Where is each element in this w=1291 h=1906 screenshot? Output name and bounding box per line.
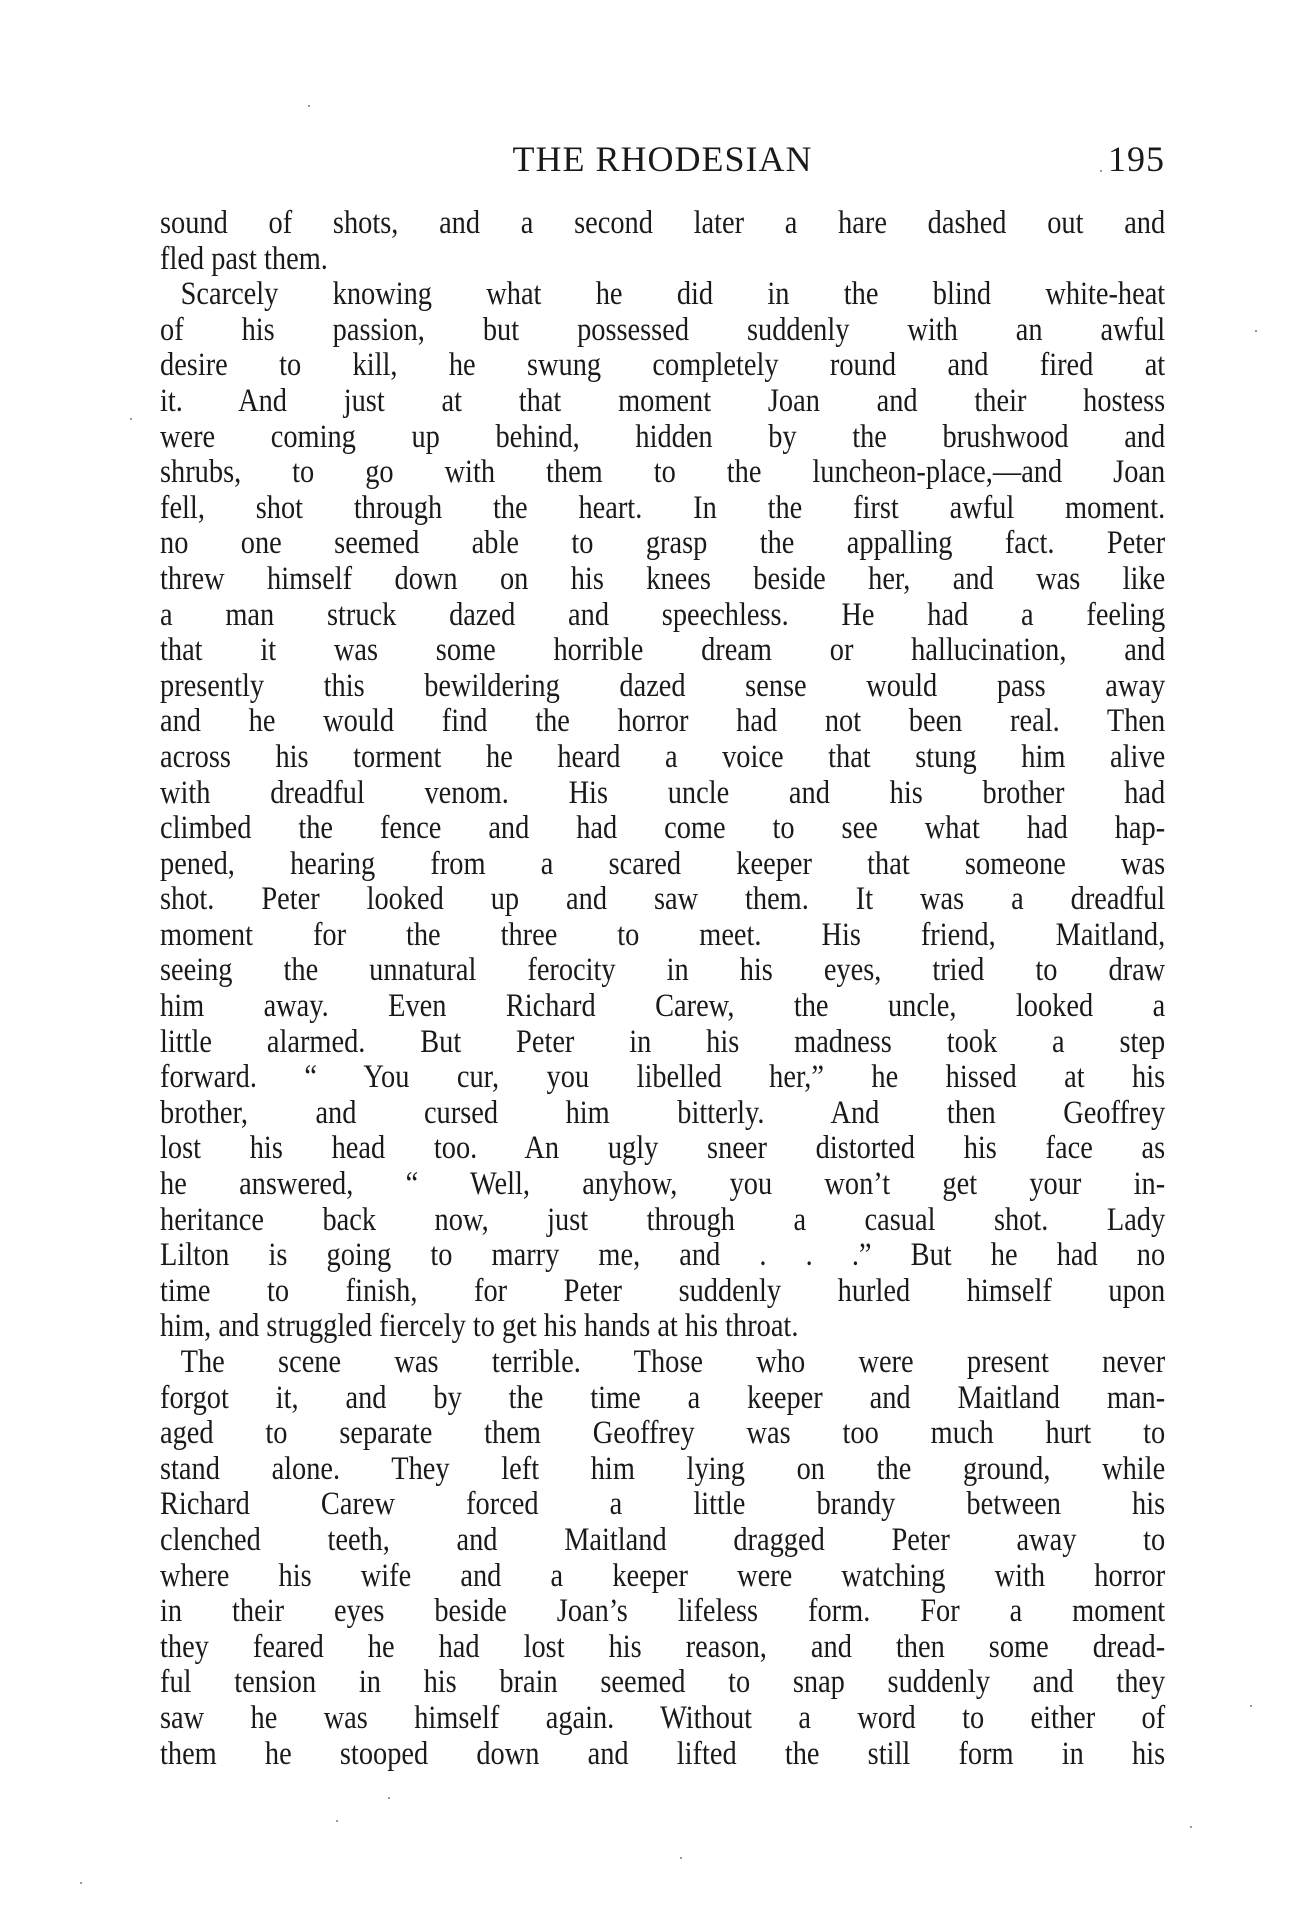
scan-speck — [308, 105, 310, 107]
text-line: forgot it, and by the time a keeper and … — [160, 1381, 1165, 1417]
text-line: heritance back now, just through a casua… — [160, 1203, 1165, 1239]
text-line: climbed the fence and had come to see wh… — [160, 811, 1165, 847]
text-line: presently this bewildering dazed sense w… — [160, 669, 1165, 705]
text-line: them he stooped down and lifted the stil… — [160, 1737, 1165, 1773]
text-line: pened, hearing from a scared keeper that… — [160, 847, 1165, 883]
scan-speck — [80, 1882, 82, 1884]
text-line: stand alone. They left him lying on the … — [160, 1452, 1165, 1488]
text-line: in their eyes beside Joan’s lifeless for… — [160, 1594, 1165, 1630]
scan-speck — [680, 1857, 682, 1859]
text-line: sound of shots, and a second later a har… — [160, 206, 1165, 242]
text-line: him away. Even Richard Carew, the uncle,… — [160, 989, 1165, 1025]
text-line: seeing the unnatural ferocity in his eye… — [160, 953, 1165, 989]
scan-speck — [336, 1820, 338, 1822]
text-line: no one seemed able to grasp the appallin… — [160, 526, 1165, 562]
text-line: forward. “ You cur, you libelled her,” h… — [160, 1060, 1165, 1096]
text-line: he answered, “ Well, anyhow, you won’t g… — [160, 1167, 1165, 1203]
text-line: aged to separate them Geoffrey was too m… — [160, 1416, 1165, 1452]
text-line: saw he was himself again. Without a word… — [160, 1701, 1165, 1737]
text-line: brother, and cursed him bitterly. And th… — [160, 1096, 1165, 1132]
text-line: fell, shot through the heart. In the fir… — [160, 491, 1165, 527]
running-head: THE RHODESIAN 195 — [160, 138, 1165, 182]
scan-speck — [130, 418, 132, 420]
text-line: little alarmed. But Peter in his madness… — [160, 1025, 1165, 1061]
text-line: shot. Peter looked up and saw them. It w… — [160, 882, 1165, 918]
running-head-title: THE RHODESIAN — [160, 138, 1165, 180]
text-line: lost his head too. An ugly sneer distort… — [160, 1131, 1165, 1167]
text-line: desire to kill, he swung completely roun… — [160, 348, 1165, 384]
scan-speck — [1255, 330, 1257, 332]
text-line: clenched teeth, and Maitland dragged Pet… — [160, 1523, 1165, 1559]
scan-speck — [1100, 170, 1102, 172]
scan-speck — [1190, 1826, 1192, 1828]
text-line: time to finish, for Peter suddenly hurle… — [160, 1274, 1165, 1310]
page-number: 195 — [1108, 138, 1165, 180]
text-line: moment for the three to meet. His friend… — [160, 918, 1165, 954]
text-line: him, and struggled fiercely to get his h… — [160, 1309, 1165, 1345]
text-line: where his wife and a keeper were watchin… — [160, 1559, 1165, 1595]
text-line: it. And just at that moment Joan and the… — [160, 384, 1165, 420]
text-line: with dreadful venom. His uncle and his b… — [160, 776, 1165, 812]
scan-speck — [1250, 1705, 1252, 1707]
text-line: ful tension in his brain seemed to snap … — [160, 1665, 1165, 1701]
text-line: fled past them. — [160, 242, 1165, 278]
text-line: of his passion, but possessed suddenly w… — [160, 313, 1165, 349]
text-line: shrubs, to go with them to the luncheon-… — [160, 455, 1165, 491]
text-line: Scarcely knowing what he did in the blin… — [160, 277, 1165, 313]
text-line: they feared he had lost his reason, and … — [160, 1630, 1165, 1666]
text-line: Richard Carew forced a little brandy bet… — [160, 1487, 1165, 1523]
text-line: and he would find the horror had not bee… — [160, 704, 1165, 740]
text-line: Lilton is going to marry me, and . . .” … — [160, 1238, 1165, 1274]
book-page: THE RHODESIAN 195 sound of shots, and a … — [0, 0, 1291, 1906]
text-line: that it was some horrible dream or hallu… — [160, 633, 1165, 669]
text-line: threw himself down on his knees beside h… — [160, 562, 1165, 598]
scan-speck — [388, 1797, 390, 1799]
text-line: The scene was terrible. Those who were p… — [160, 1345, 1165, 1381]
text-line: were coming up behind, hidden by the bru… — [160, 420, 1165, 456]
text-line: a man struck dazed and speechless. He ha… — [160, 598, 1165, 634]
text-line: across his torment he heard a voice that… — [160, 740, 1165, 776]
body-text: sound of shots, and a second later a har… — [160, 206, 1165, 1772]
